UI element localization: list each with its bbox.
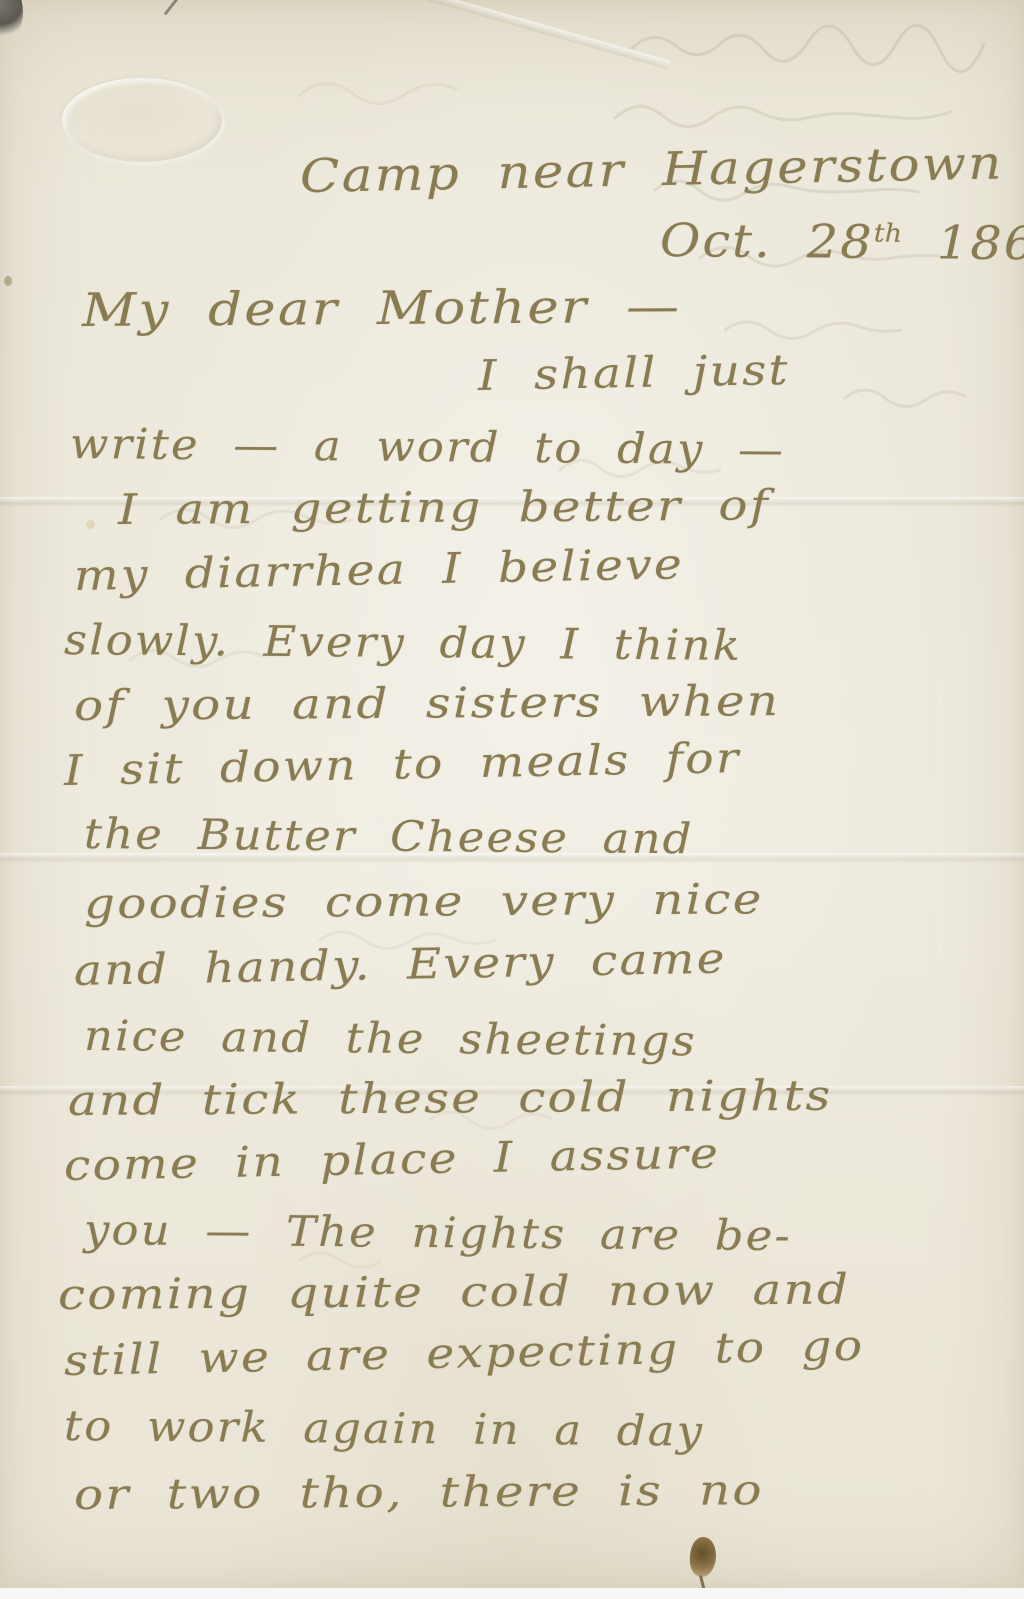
embossed-stationery-stamp [62, 78, 222, 162]
letter-line: my diarrhea I believe [74, 540, 685, 600]
date-ordinal: th [874, 219, 903, 248]
place-line: Camp near Hagerstown Md, [299, 134, 1024, 203]
ink-stain-tail [699, 1575, 706, 1588]
letter-line: write — a word to day — [70, 420, 786, 475]
letter-line: I sit down to meals for [64, 734, 741, 795]
letter-line: still we are expecting to go [64, 1322, 865, 1386]
letter-line: coming quite cold now and [58, 1265, 851, 1319]
letter-line: of you and sisters when [74, 677, 781, 730]
paper-speck [86, 520, 95, 529]
letter-line: you — The nights are be- [84, 1206, 792, 1260]
date-prefix: Oct. 28 [660, 213, 874, 269]
letter-line: slowly. Every day I think [64, 616, 742, 670]
date-year: 1862 [902, 215, 1024, 270]
corner-smudge [0, 0, 23, 41]
letter-line: or two tho, there is no [74, 1466, 764, 1519]
letter-line: nice and the sheetings [84, 1012, 697, 1066]
letter-line: the Butter Cheese and [84, 810, 694, 864]
letter-line: and handy. Every came [74, 934, 728, 995]
paper-sheet: Camp near Hagerstown Md, Oct. 28th 1862 … [0, 0, 1024, 1588]
letter-line: come in place I assure [64, 1129, 721, 1190]
edge-notch-mark [164, 0, 180, 16]
diagonal-crease [428, 0, 671, 70]
letter-line: and tick these cold nights [68, 1072, 833, 1126]
date-line: Oct. 28th 1862 [660, 214, 1024, 270]
letter-line: to work again in a day [64, 1402, 705, 1456]
salutation: My dear Mother — [82, 280, 682, 337]
letter-line: goodies come very nice [84, 875, 764, 928]
letter-line: I shall just [478, 346, 791, 400]
letter-line: I am getting better of [118, 481, 770, 534]
ink-stain [688, 1536, 719, 1579]
paper-speck [4, 276, 12, 286]
